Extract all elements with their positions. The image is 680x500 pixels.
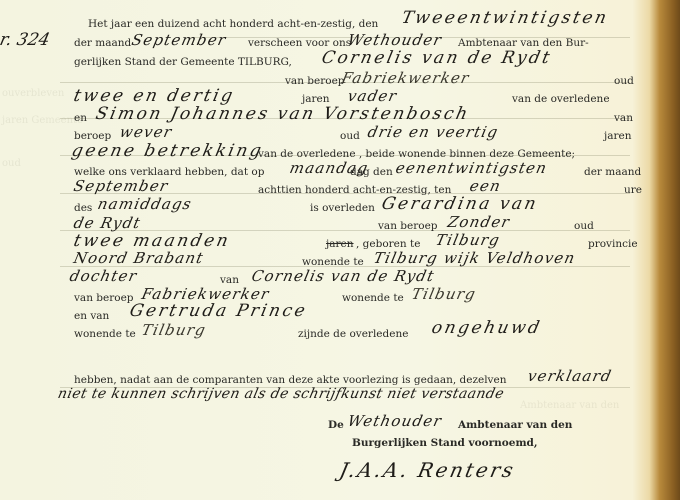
handwritten-death-day: eenentwintigsten [394, 159, 549, 177]
printed-text: ure [624, 184, 642, 196]
printed-text: van beroep [74, 292, 134, 304]
record-number: r. 324 [0, 30, 52, 50]
printed-text: hebben, nadat aan de comparanten van dez… [74, 374, 506, 386]
handwritten-official-title: Wethouder [346, 412, 444, 430]
printed-text: der maand [74, 37, 131, 49]
handwritten-informant2-occupation: wever [118, 123, 174, 141]
handwritten-informant2-name: Simon Johannes van Vorstenbosch [94, 104, 472, 124]
printed-text-struck: jaren [326, 238, 354, 250]
printed-text: is overleden [310, 202, 375, 214]
printed-text: van de overledene [512, 93, 610, 105]
printed-text: van beroep [378, 220, 438, 232]
printed-text: van [614, 112, 633, 124]
printed-text: Het jaar een duizend acht honderd acht-e… [88, 18, 378, 30]
handwritten-informant1-relation: vader [346, 87, 399, 105]
handwritten-informant1-age: twee en dertig [72, 86, 237, 106]
handwritten-declared: verklaard [526, 367, 614, 385]
printed-text: oud [574, 220, 594, 232]
handwritten-informant2-relation: geene betrekking [70, 141, 266, 161]
handwritten-death-month: September [72, 177, 170, 195]
handwritten-birthplace: Tilburg [434, 231, 502, 249]
handwritten-father-residence: Tilburg [410, 285, 478, 303]
printed-text: gerlijken Stand der Gemeente TILBURG, [74, 56, 292, 68]
printed-text: jaren [604, 130, 632, 142]
handwritten-informant1-name: Cornelis van de Rydt [320, 48, 554, 68]
handwritten-hour: een [468, 177, 503, 195]
handwritten-day: Tweeentwintigsten [400, 8, 611, 28]
printed-text: der maand [584, 166, 641, 178]
handwritten-deceased-surname: de Rydt [72, 214, 143, 232]
printed-text: dag den [350, 166, 393, 178]
printed-text: en van [74, 310, 109, 322]
bleed-through-text: ouverbleven [2, 88, 64, 99]
printed-text: oud [340, 130, 360, 142]
handwritten-residence: Tilburg wijk Veldhoven [372, 249, 577, 267]
handwritten-deceased-age: twee maanden [72, 231, 232, 251]
handwritten-informant2-age: drie en veertig [366, 123, 500, 141]
bleed-through-text: Ambtenaar van den [520, 400, 619, 411]
printed-text: van beroep [285, 75, 345, 87]
handwritten-month: September [130, 31, 228, 49]
document-page: ouverbleven jaren Gemeente oud Ambtenaar… [0, 0, 680, 500]
handwritten-deceased-name: Gerardina van [380, 194, 540, 214]
bleed-through-text: oud [2, 158, 21, 169]
handwritten-mother-residence: Tilburg [140, 321, 208, 339]
handwritten-daypart: namiddags [96, 195, 194, 213]
printed-text: De [328, 419, 344, 431]
printed-text: provincie [588, 238, 638, 250]
handwritten-mother-name: Gertruda Prince [128, 301, 309, 321]
printed-text: wonende te [74, 328, 136, 340]
printed-text: wonende te [342, 292, 404, 304]
handwritten-deceased-occupation: Zonder [446, 213, 512, 231]
handwritten-marital-status: ongehuwd [430, 318, 544, 338]
printed-text: des [74, 202, 92, 214]
handwritten-relation-to-parent: dochter [68, 267, 139, 285]
handwritten-father-name: Cornelis van de Rydt [250, 267, 436, 285]
printed-text: Burgerlijken Stand voornoemd, [352, 437, 538, 449]
handwritten-province: Noord Brabant [72, 249, 206, 267]
official-signature: J.A.A. Renters [337, 458, 517, 482]
handwritten-informant1-occupation: Fabriekwerker [340, 69, 471, 87]
printed-text: en [74, 112, 87, 124]
printed-text: zijnde de overledene [298, 328, 408, 340]
printed-text: oud [614, 75, 634, 87]
bleed-through-text: jaren Gemeente [2, 115, 83, 126]
handwritten-official-title: Wethouder [346, 31, 444, 49]
handwritten-cannot-write-statement: niet te kunnen schrijven als de schrijfk… [56, 386, 505, 402]
printed-text: Ambtenaar van den [458, 419, 572, 431]
